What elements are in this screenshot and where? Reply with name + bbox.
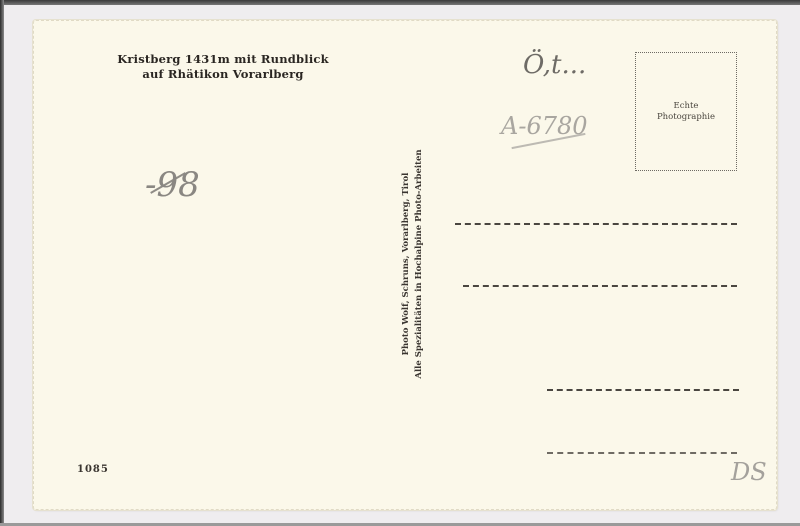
stamp-box-line-2: Photographie: [657, 112, 715, 123]
address-line-2: [463, 285, 737, 287]
caption-line-1: Kristberg 1431m mit Rundblick: [83, 52, 363, 67]
address-line-1: [455, 223, 737, 225]
publisher-imprint-line-2: Alle Spezialitäten in Hochalpine Photo-A…: [413, 124, 426, 404]
caption-line-2: auf Rhätikon Vorarlberg: [83, 67, 363, 82]
address-line-4: [547, 452, 737, 454]
stamp-box: Echte Photographie: [635, 52, 737, 171]
handwritten-note-top: Ö,t...: [523, 50, 586, 80]
stamp-box-line-1: Echte: [674, 101, 699, 112]
publisher-imprint: Photo Wolf, Schruns, Vorarlberg, Tirol A…: [397, 124, 437, 404]
card-number: 1085: [77, 464, 109, 475]
postcard-caption: Kristberg 1431m mit Rundblick auf Rhätik…: [83, 52, 363, 82]
scan-edge-left: [0, 0, 4, 526]
scan-edge-top: [0, 0, 800, 5]
address-line-3: [547, 389, 739, 391]
postcard-back: Kristberg 1431m mit Rundblick auf Rhätik…: [33, 20, 777, 510]
handwritten-initials: DS: [731, 458, 767, 486]
publisher-imprint-line-1: Photo Wolf, Schruns, Vorarlberg, Tirol: [400, 124, 413, 404]
handwritten-price-note: -98: [145, 165, 200, 205]
